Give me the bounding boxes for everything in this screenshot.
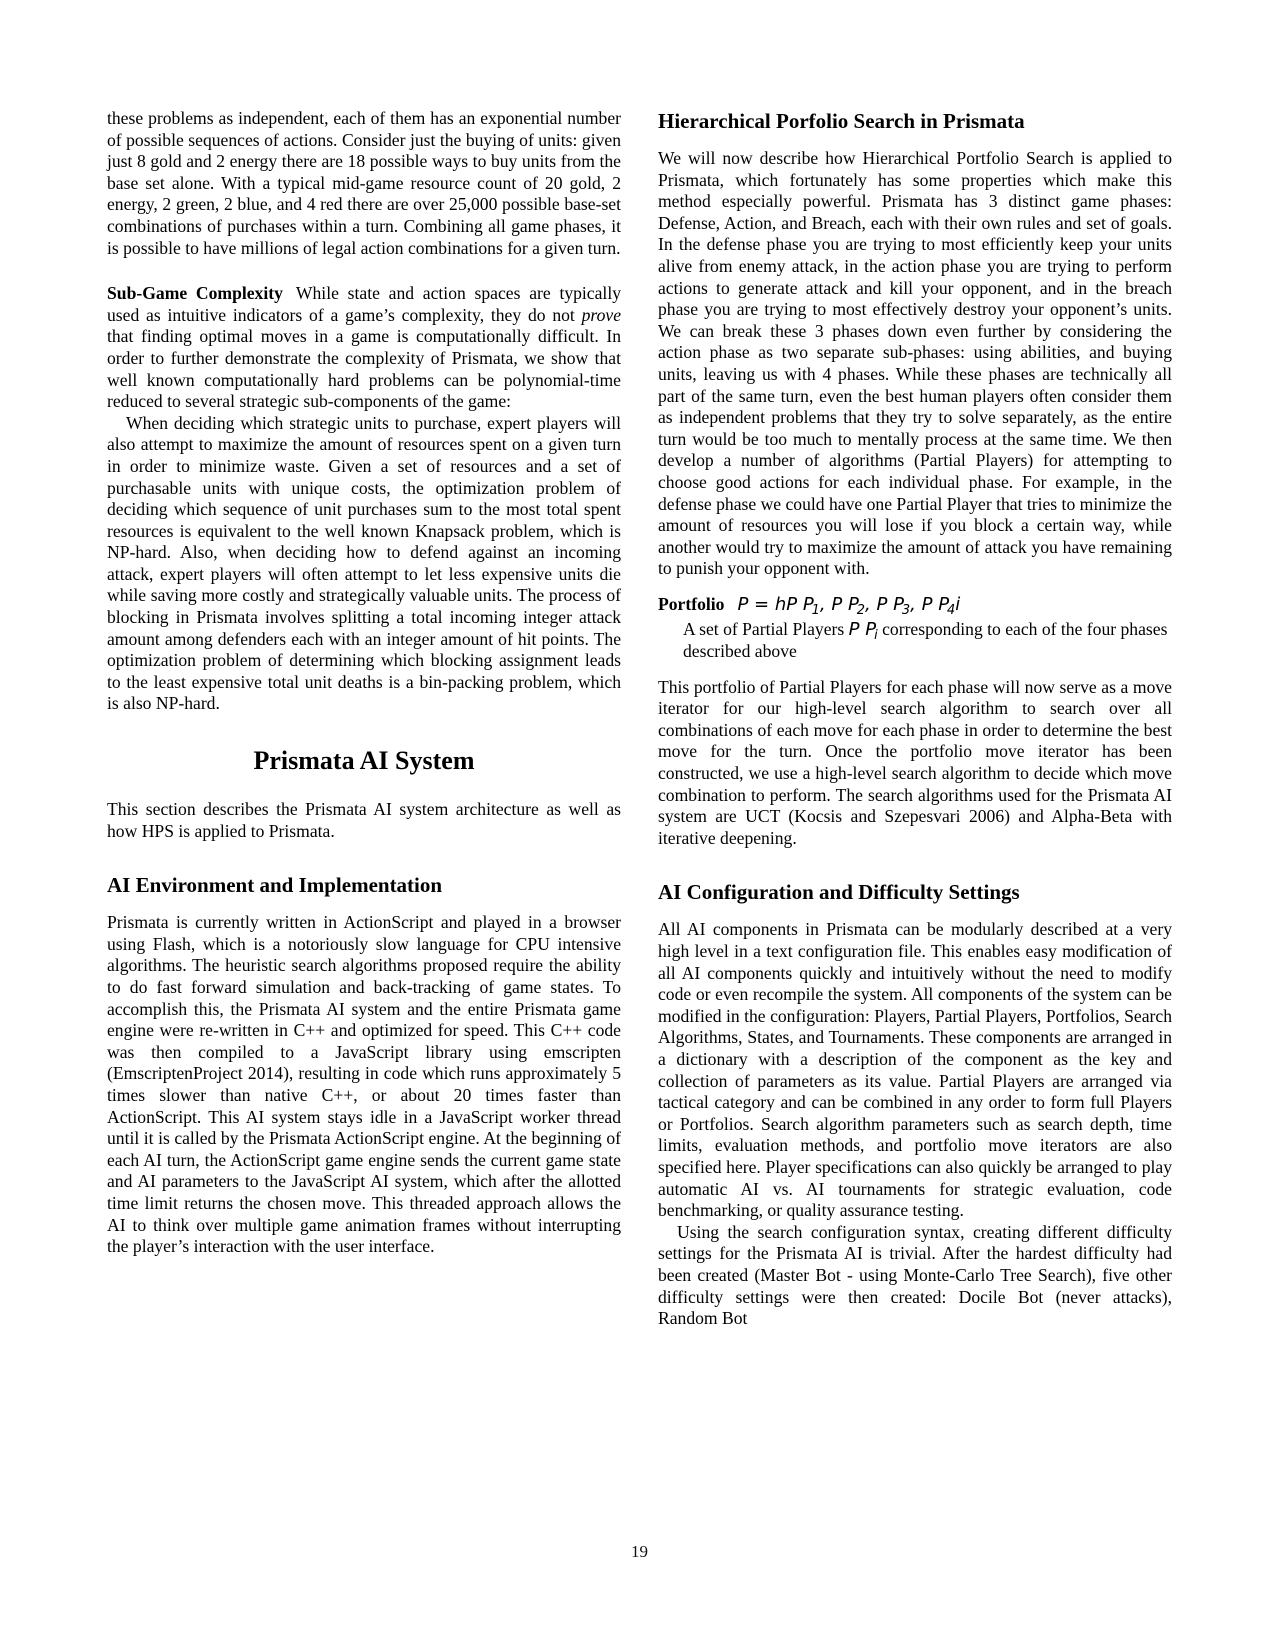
- subgame-text-after: that finding optimal moves in a game is …: [107, 326, 621, 411]
- portfolio-definition-line: PortfolioP = hP P1, P P2, P P3, P P4i: [658, 594, 1172, 616]
- equation-segment: P P: [849, 619, 876, 640]
- subsection-heading-ai-environment: AI Environment and Implementation: [107, 872, 621, 898]
- paragraph-ai-environment: Prismata is currently written in ActionS…: [107, 912, 621, 1258]
- paragraph-portfolio-iterator: This portfolio of Partial Players for ea…: [658, 677, 1172, 850]
- equation-subscript-1: 1: [812, 603, 820, 618]
- equation-subscript-3: 3: [902, 603, 910, 618]
- paragraph-when-deciding: When deciding which strategic units to p…: [107, 413, 621, 715]
- subsection-heading-hps-prismata: Hierarchical Porfolio Search in Prismata: [658, 108, 1172, 134]
- subgame-complexity-paragraph: Sub-Game ComplexityWhile state and actio…: [107, 283, 621, 413]
- paragraph-ai-configuration: All AI components in Prismata can be mod…: [658, 919, 1172, 1221]
- equation-segment: , P P: [820, 594, 859, 615]
- page-number: 19: [107, 1542, 1172, 1562]
- paragraph-difficulty-settings: Using the search configuration syntax, c…: [658, 1222, 1172, 1330]
- equation-segment: P = hP P: [737, 594, 813, 615]
- subgame-complexity-heading: Sub-Game Complexity: [107, 283, 283, 303]
- equation-segment: , P P: [910, 594, 949, 615]
- subsection-heading-ai-configuration: AI Configuration and Difficulty Settings: [658, 879, 1172, 905]
- equation-segment: , P P: [865, 594, 904, 615]
- paragraph-section-intro: This section describes the Prismata AI s…: [107, 799, 621, 842]
- portfolio-description: A set of Partial Players P Pi correspond…: [658, 619, 1172, 662]
- left-column: these problems as independent, each of t…: [107, 108, 621, 1258]
- portfolio-description-text: A set of Partial Players: [683, 619, 849, 639]
- equation-segment: i: [955, 594, 960, 615]
- paragraph-hps: We will now describe how Hierarchical Po…: [658, 148, 1172, 580]
- section-heading-prismata-ai-system: Prismata AI System: [107, 745, 621, 777]
- portfolio-equation: P = hP P1, P P2, P P3, P P4i: [737, 594, 960, 615]
- right-column: Hierarchical Porfolio Search in Prismata…: [658, 108, 1172, 1330]
- paragraph-continuation: these problems as independent, each of t…: [107, 108, 621, 259]
- paper-page: these problems as independent, each of t…: [0, 0, 1275, 1650]
- equation-subscript-2: 2: [857, 603, 865, 618]
- subgame-italic-word: prove: [582, 305, 621, 325]
- portfolio-pp-symbol: P Pi: [849, 619, 878, 640]
- portfolio-label: Portfolio: [658, 594, 724, 614]
